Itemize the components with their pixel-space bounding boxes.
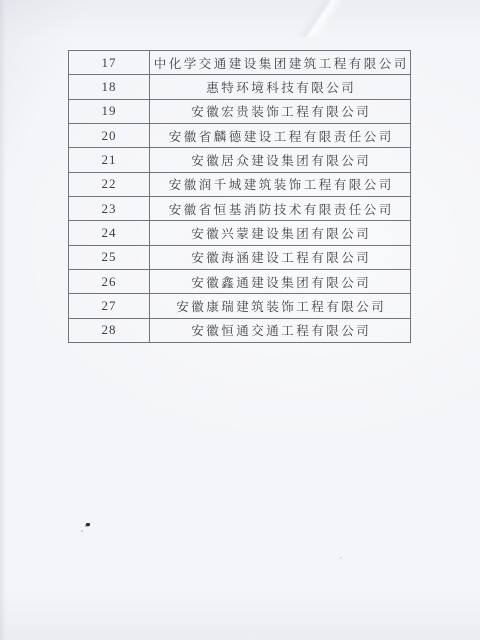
row-number-cell: 26: [69, 269, 150, 293]
row-number-cell: 28: [69, 318, 150, 342]
row-number-cell: 19: [69, 99, 150, 123]
company-list-table: 17 中化学交通建设集团建筑工程有限公司 18 惠特环境科技有限公司 19 安徽…: [68, 50, 411, 343]
company-name-cell: 安徽兴蒙建设集团有限公司: [150, 221, 411, 245]
row-number-cell: 18: [69, 75, 150, 99]
scan-speck-dark: [86, 523, 90, 526]
table-row: 24 安徽兴蒙建设集团有限公司: [69, 221, 411, 245]
table-row: 28 安徽恒通交通工程有限公司: [69, 318, 411, 342]
company-name-cell: 惠特环境科技有限公司: [150, 75, 411, 99]
table-row: 19 安徽宏贵装饰工程有限公司: [69, 99, 411, 123]
table-row: 18 惠特环境科技有限公司: [69, 75, 411, 99]
company-name-cell: 安徽鑫通建设集团有限公司: [150, 269, 411, 293]
scan-speck-faint: [81, 530, 83, 532]
row-number-cell: 23: [69, 196, 150, 220]
table-row: 21 安徽居众建设集团有限公司: [69, 148, 411, 172]
scanned-page: 17 中化学交通建设集团建筑工程有限公司 18 惠特环境科技有限公司 19 安徽…: [0, 0, 480, 640]
company-name-cell: 安徽宏贵装饰工程有限公司: [150, 99, 411, 123]
row-number-cell: 25: [69, 245, 150, 269]
row-number-cell: 27: [69, 294, 150, 318]
company-table-body: 17 中化学交通建设集团建筑工程有限公司 18 惠特环境科技有限公司 19 安徽…: [69, 51, 411, 343]
company-name-cell: 安徽润千城建筑装饰工程有限公司: [150, 172, 411, 196]
company-name-cell: 安徽居众建设集团有限公司: [150, 148, 411, 172]
company-name-cell: 安徽海涵建设工程有限公司: [150, 245, 411, 269]
scan-speck-faint: [340, 557, 342, 559]
table-row: 25 安徽海涵建设工程有限公司: [69, 245, 411, 269]
row-number-cell: 17: [69, 51, 150, 75]
table-row: 26 安徽鑫通建设集团有限公司: [69, 269, 411, 293]
row-number-cell: 21: [69, 148, 150, 172]
row-number-cell: 24: [69, 221, 150, 245]
company-name-cell: 安徽恒通交通工程有限公司: [150, 318, 411, 342]
company-name-cell: 安徽康瑞建筑装饰工程有限公司: [150, 294, 411, 318]
table-row: 27 安徽康瑞建筑装饰工程有限公司: [69, 294, 411, 318]
row-number-cell: 20: [69, 123, 150, 147]
company-name-cell: 中化学交通建设集团建筑工程有限公司: [150, 51, 411, 75]
company-name-cell: 安徽省麟德建设工程有限责任公司: [150, 123, 411, 147]
paper-crease: [254, 0, 387, 40]
table-row: 20 安徽省麟德建设工程有限责任公司: [69, 123, 411, 147]
table-row: 17 中化学交通建设集团建筑工程有限公司: [69, 51, 411, 75]
row-number-cell: 22: [69, 172, 150, 196]
table-row: 22 安徽润千城建筑装饰工程有限公司: [69, 172, 411, 196]
company-name-cell: 安徽省恒基消防技术有限责任公司: [150, 196, 411, 220]
table-row: 23 安徽省恒基消防技术有限责任公司: [69, 196, 411, 220]
